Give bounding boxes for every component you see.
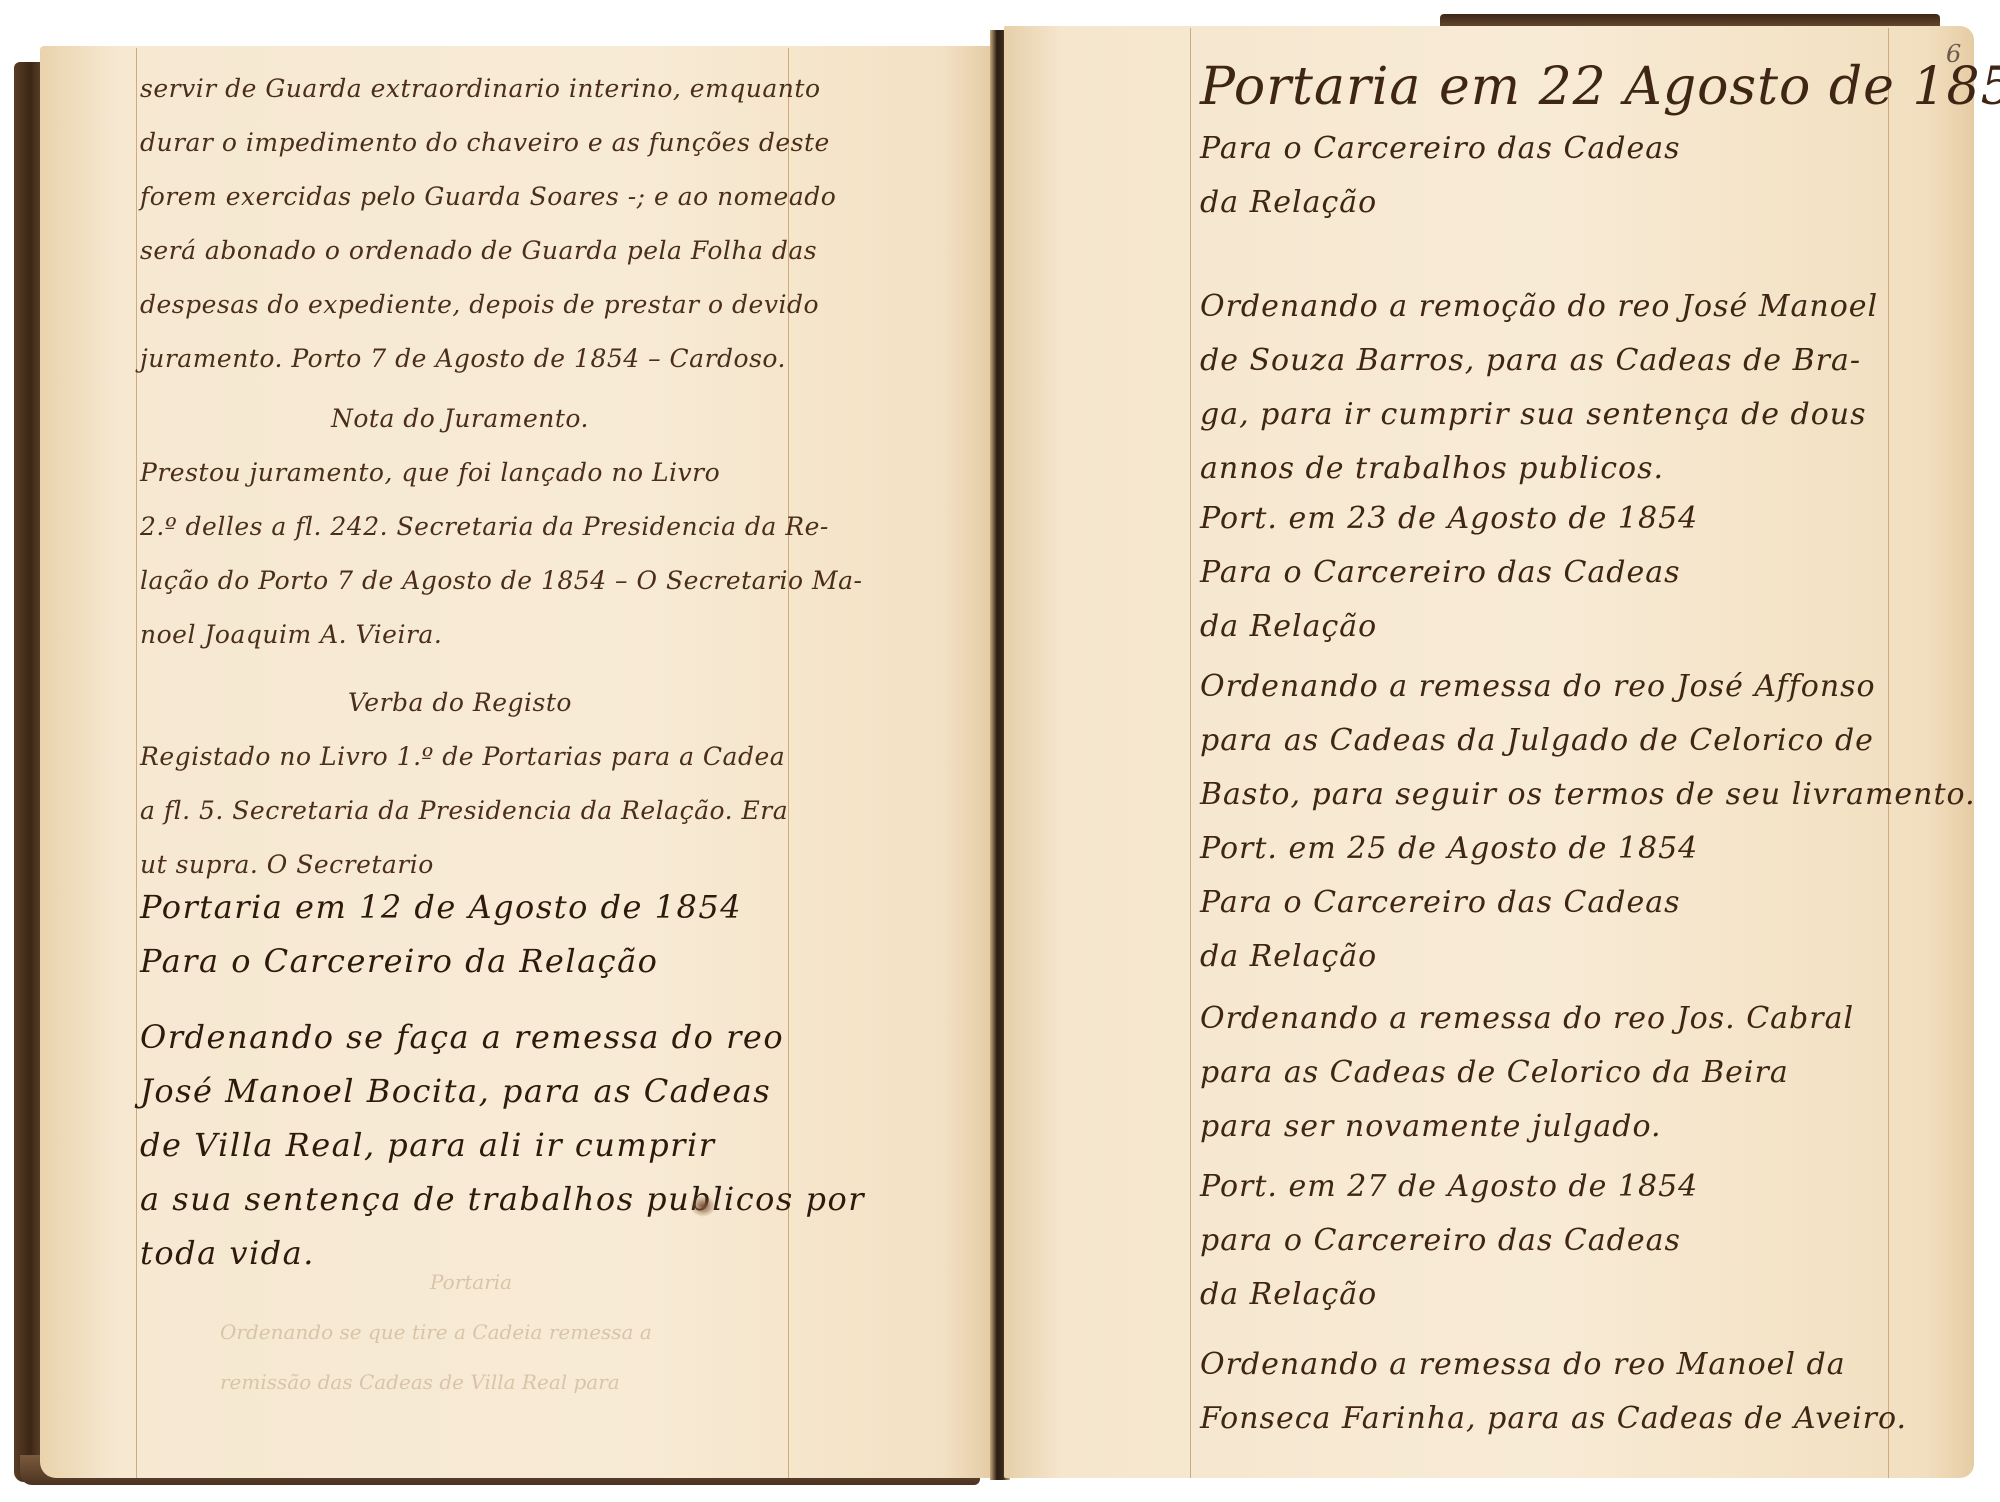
entry-title-line: Portaria em 12 de Agosto de 1854 <box>140 880 780 934</box>
entry-title-line: Port. em 23 de Agosto de 1854 <box>1200 492 1920 546</box>
right-page-left-margin-rule <box>1190 28 1191 1478</box>
text-line: Ordenando a remessa do reo Jos. Cabral <box>1200 992 1920 1046</box>
text-line: juramento. Porto 7 de Agosto de 1854 – C… <box>140 332 780 386</box>
entry-title-line: Port. em 25 de Agosto de 1854 <box>1200 822 1920 876</box>
portaria-23-agosto-body: Ordenando a remessa do reo José Affonso … <box>1200 660 1920 822</box>
text-line: será abonado o ordenado de Guarda pela F… <box>140 224 780 278</box>
text-line: para as Cadeas de Celorico da Beira <box>1200 1046 1920 1100</box>
section-heading: Verba do Registo <box>140 676 780 730</box>
text-line: a fl. 5. Secretaria da Presidencia da Re… <box>140 784 780 838</box>
portaria-12-agosto-body: Ordenando se faça a remessa do reo José … <box>140 1010 780 1280</box>
entry-title-line: da Relação <box>1200 600 1920 654</box>
text-line: despesas do expediente, depois de presta… <box>140 278 780 332</box>
bleed-through-text: remissão das Cadeas de Villa Real para <box>220 1370 620 1394</box>
entry-title-line: da Relação <box>1200 176 1920 230</box>
entry-title-line: Port. em 27 de Agosto de 1854 <box>1200 1160 1920 1214</box>
entry-title-line: Para o Carcereiro das Cadeas <box>1200 876 1920 930</box>
portaria-25-agosto: Port. em 25 de Agosto de 1854 Para o Car… <box>1200 822 1920 984</box>
text-line: Registado no Livro 1.º de Portarias para… <box>140 730 780 784</box>
verba-registo-section: Verba do Registo Registado no Livro 1.º … <box>140 676 780 892</box>
entry-title-line: Portaria em 22 Agosto de 1854 <box>1200 52 1920 122</box>
nota-juramento-section: Nota do Juramento. Prestou juramento, qu… <box>140 392 780 662</box>
text-line: Ordenando se faça a remessa do reo <box>140 1010 780 1064</box>
bleed-through-text: Ordenando se que tire a Cadeia remessa a <box>220 1320 652 1344</box>
text-line: para as Cadeas da Julgado de Celorico de <box>1200 714 1920 768</box>
bleed-through-text: Portaria <box>430 1270 512 1294</box>
portaria-27-agosto-body: Ordenando a remessa do reo Manoel da Fon… <box>1200 1338 1920 1446</box>
section-heading: Nota do Juramento. <box>140 392 780 446</box>
continuation-entry: servir de Guarda extraordinario interino… <box>140 62 780 386</box>
text-line: de Villa Real, para ali ir cumprir <box>140 1118 780 1172</box>
text-line: José Manoel Bocita, para as Cadeas <box>140 1064 780 1118</box>
text-line: Basto, para seguir os termos de seu livr… <box>1200 768 1920 822</box>
portaria-23-agosto: Port. em 23 de Agosto de 1854 Para o Car… <box>1200 492 1920 654</box>
text-line: lação do Porto 7 de Agosto de 1854 – O S… <box>140 554 780 608</box>
text-line: durar o impedimento do chaveiro e as fun… <box>140 116 780 170</box>
portaria-22-agosto-body: Ordenando a remoção do reo José Manoel d… <box>1200 280 1920 496</box>
text-line: para ser novamente julgado. <box>1200 1100 1920 1154</box>
text-line: Ordenando a remessa do reo Manoel da <box>1200 1338 1920 1392</box>
portaria-12-agosto-title: Portaria em 12 de Agosto de 1854 Para o … <box>140 880 780 988</box>
ink-stain <box>690 1195 716 1217</box>
text-line: annos de trabalhos publicos. <box>1200 442 1920 496</box>
entry-title-line: da Relação <box>1200 1268 1920 1322</box>
entry-title-line: Para o Carcereiro das Cadeas <box>1200 546 1920 600</box>
portaria-25-agosto-body: Ordenando a remessa do reo Jos. Cabral p… <box>1200 992 1920 1154</box>
text-line: forem exercidas pelo Guarda Soares -; e … <box>140 170 780 224</box>
portaria-22-agosto: Portaria em 22 Agosto de 1854 Para o Car… <box>1200 52 1920 230</box>
entry-title-line: da Relação <box>1200 930 1920 984</box>
text-line: Ordenando a remoção do reo José Manoel <box>1200 280 1920 334</box>
text-line: de Souza Barros, para as Cadeas de Bra- <box>1200 334 1920 388</box>
text-line: ga, para ir cumprir sua sentença de dous <box>1200 388 1920 442</box>
text-line: Fonseca Farinha, para as Cadeas de Aveir… <box>1200 1392 1920 1446</box>
text-line: a sua sentença de trabalhos publicos por <box>140 1172 780 1226</box>
entry-title-line: Para o Carcereiro da Relação <box>140 934 780 988</box>
entry-title-line: Para o Carcereiro das Cadeas <box>1200 122 1920 176</box>
entry-title-line: para o Carcereiro das Cadeas <box>1200 1214 1920 1268</box>
text-line: noel Joaquim A. Vieira. <box>140 608 780 662</box>
text-line: Ordenando a remessa do reo José Affonso <box>1200 660 1920 714</box>
text-line: servir de Guarda extraordinario interino… <box>140 62 780 116</box>
portaria-27-agosto: Port. em 27 de Agosto de 1854 para o Car… <box>1200 1160 1920 1322</box>
text-line: Prestou juramento, que foi lançado no Li… <box>140 446 780 500</box>
text-line: 2.º delles a fl. 242. Secretaria da Pres… <box>140 500 780 554</box>
left-margin-rule <box>136 48 137 1478</box>
open-ledger-book: 6 servir de Guarda extraordinario interi… <box>0 0 2000 1502</box>
